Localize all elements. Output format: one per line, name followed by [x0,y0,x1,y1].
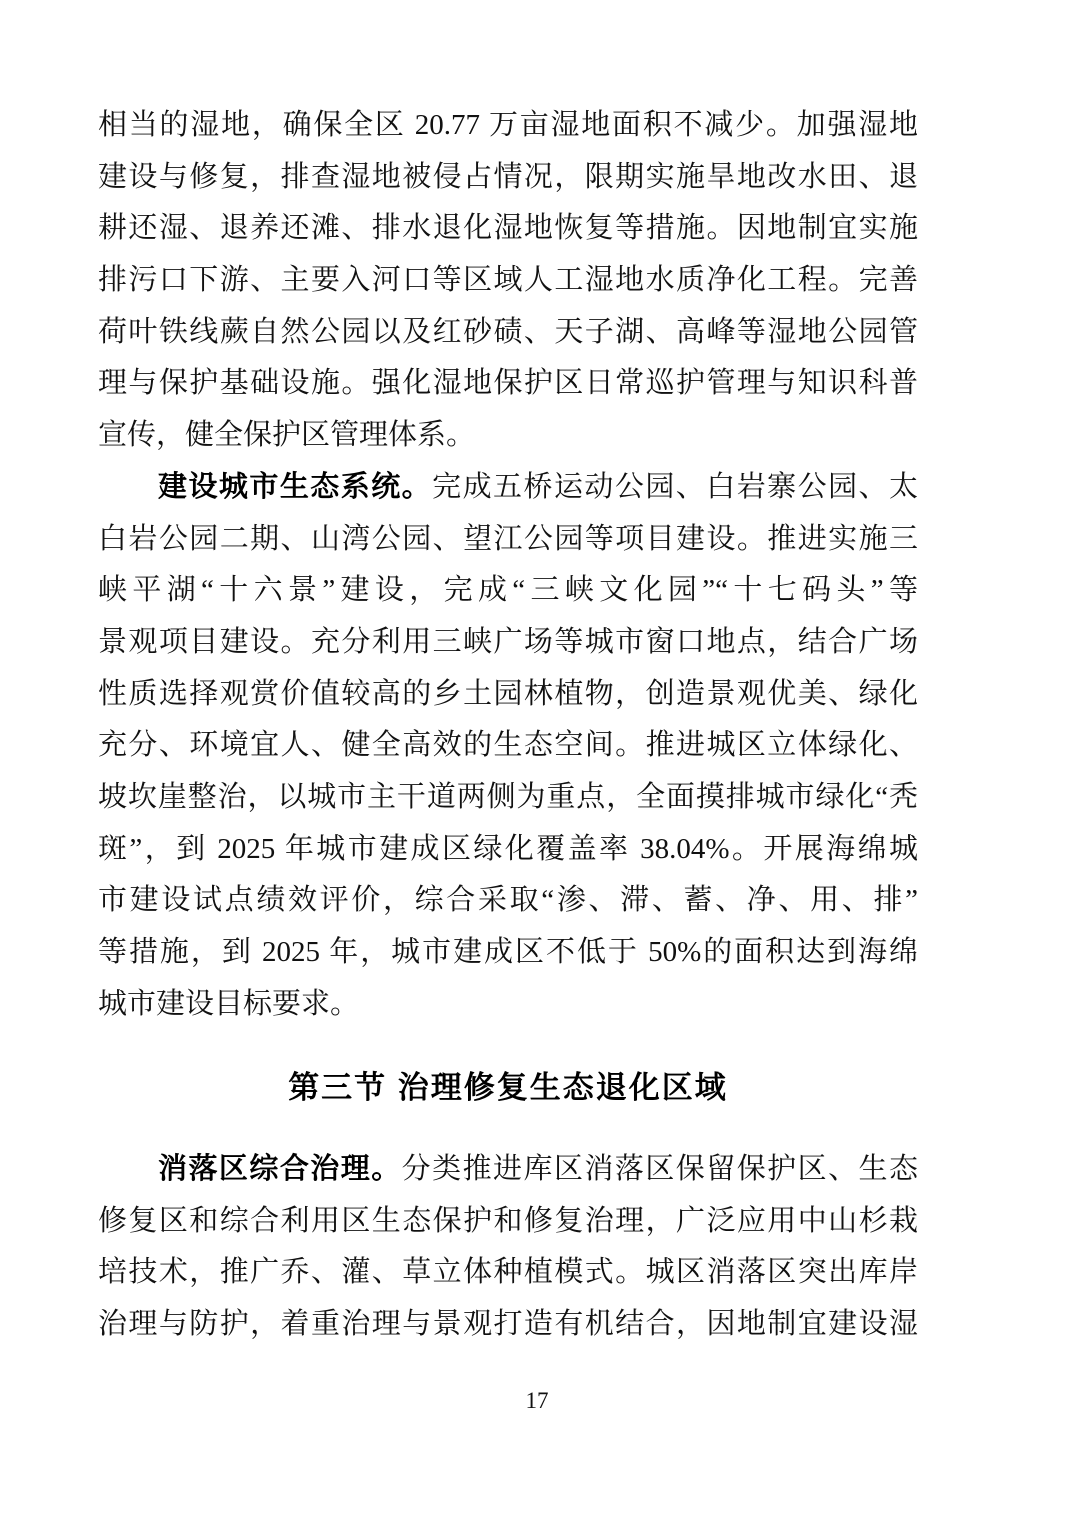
document-page: 相当的湿地，确保全区 20.77 万亩湿地面积不减少。加强湿地建设与修复，排查湿… [0,0,1074,1520]
text-line: 排污口下游、主要入河口等区域人工湿地水质净化工程。完善 [98,255,918,307]
text-line: 城市建设目标要求。 [98,979,918,1031]
text-line: 相当的湿地，确保全区 20.77 万亩湿地面积不减少。加强湿地 [98,100,918,152]
text-line: 治理与防护，着重治理与景观打造有机结合，因地制宜建设湿 [98,1299,918,1351]
document-text-block: 相当的湿地，确保全区 20.77 万亩湿地面积不减少。加强湿地建设与修复，排查湿… [98,100,918,1351]
body-text: 理与保护基础设施。强化湿地保护区日常巡护管理与知识科普 [98,367,918,399]
section-heading: 第三节 治理修复生态退化区域 [98,1062,918,1114]
body-text: 市建设试点绩效评价，综合采取“渗、滞、蓄、净、用、排” [98,884,918,916]
body-text: 斑”，到 2025 年城市建成区绿化覆盖率 38.04%。开展海绵城 [98,833,918,865]
body-text: 排污口下游、主要入河口等区域人工湿地水质净化工程。完善 [98,264,918,296]
text-line: 荷叶铁线蕨自然公园以及红砂碛、天子湖、高峰等湿地公园管 [98,307,918,359]
page-number: 17 [0,1386,1074,1416]
text-line: 等措施，到 2025 年，城市建成区不低于 50%的面积达到海绵 [98,927,918,979]
body-text: 相当的湿地，确保全区 20.77 万亩湿地面积不减少。加强湿地 [98,109,918,141]
text-line: 建设城市生态系统。完成五桥运动公园、白岩寨公园、太 [98,462,918,514]
body-text: 充分、环境宜人、健全高效的生态空间。推进城区立体绿化、 [98,729,918,761]
text-line: 坡坎崖整治，以城市主干道两侧为重点，全面摸排城市绿化“秃 [98,772,918,824]
text-line: 充分、环境宜人、健全高效的生态空间。推进城区立体绿化、 [98,720,918,772]
body-text: 治理与防护，着重治理与景观打造有机结合，因地制宜建设湿 [98,1308,918,1340]
body-text: 分类推进库区消落区保留保护区、生态 [402,1153,918,1185]
text-line: 理与保护基础设施。强化湿地保护区日常巡护管理与知识科普 [98,358,918,410]
body-text: 白岩公园二期、山湾公园、望江公园等项目建设。推进实施三 [98,523,918,555]
body-text: 建设与修复，排查湿地被侵占情况，限期实施旱地改水田、退 [98,161,918,193]
bold-lead-text: 建设城市生态系统。 [158,471,432,503]
text-line: 宣传，健全保护区管理体系。 [98,410,918,462]
text-line: 消落区综合治理。分类推进库区消落区保留保护区、生态 [98,1144,918,1196]
body-text: 耕还湿、退养还滩、排水退化湿地恢复等措施。因地制宜实施 [98,212,918,244]
text-line: 修复区和综合利用区生态保护和修复治理，广泛应用中山杉栽 [98,1196,918,1248]
body-text: 景观项目建设。充分利用三峡广场等城市窗口地点，结合广场 [98,626,918,658]
body-text: 完成五桥运动公园、白岩寨公园、太 [432,471,918,503]
body-text: 等措施，到 2025 年，城市建成区不低于 50%的面积达到海绵 [98,936,918,968]
body-text: 荷叶铁线蕨自然公园以及红砂碛、天子湖、高峰等湿地公园管 [98,316,918,348]
text-line: 斑”，到 2025 年城市建成区绿化覆盖率 38.04%。开展海绵城 [98,824,918,876]
text-line: 景观项目建设。充分利用三峡广场等城市窗口地点，结合广场 [98,617,918,669]
body-text: 城市建设目标要求。 [98,988,359,1020]
body-text: 性质选择观赏价值较高的乡土园林植物，创造景观优美、绿化 [98,678,918,710]
body-text: 修复区和综合利用区生态保护和修复治理，广泛应用中山杉栽 [98,1205,918,1237]
text-line: 市建设试点绩效评价，综合采取“渗、滞、蓄、净、用、排” [98,875,918,927]
text-line: 性质选择观赏价值较高的乡土园林植物，创造景观优美、绿化 [98,669,918,721]
text-line: 建设与修复，排查湿地被侵占情况，限期实施旱地改水田、退 [98,152,918,204]
text-line: 白岩公园二期、山湾公园、望江公园等项目建设。推进实施三 [98,514,918,566]
bold-lead-text: 消落区综合治理。 [158,1153,402,1185]
body-text: 坡坎崖整治，以城市主干道两侧为重点，全面摸排城市绿化“秃 [98,781,918,813]
text-line: 峡平湖“十六景”建设，完成“三峡文化园”“十七码头”等 [98,565,918,617]
text-line: 培技术，推广乔、灌、草立体种植模式。城区消落区突出库岸 [98,1247,918,1299]
body-text: 培技术，推广乔、灌、草立体种植模式。城区消落区突出库岸 [98,1256,918,1288]
text-line: 耕还湿、退养还滩、排水退化湿地恢复等措施。因地制宜实施 [98,203,918,255]
body-text: 宣传，健全保护区管理体系。 [98,419,475,451]
body-text: 峡平湖“十六景”建设，完成“三峡文化园”“十七码头”等 [98,574,918,606]
